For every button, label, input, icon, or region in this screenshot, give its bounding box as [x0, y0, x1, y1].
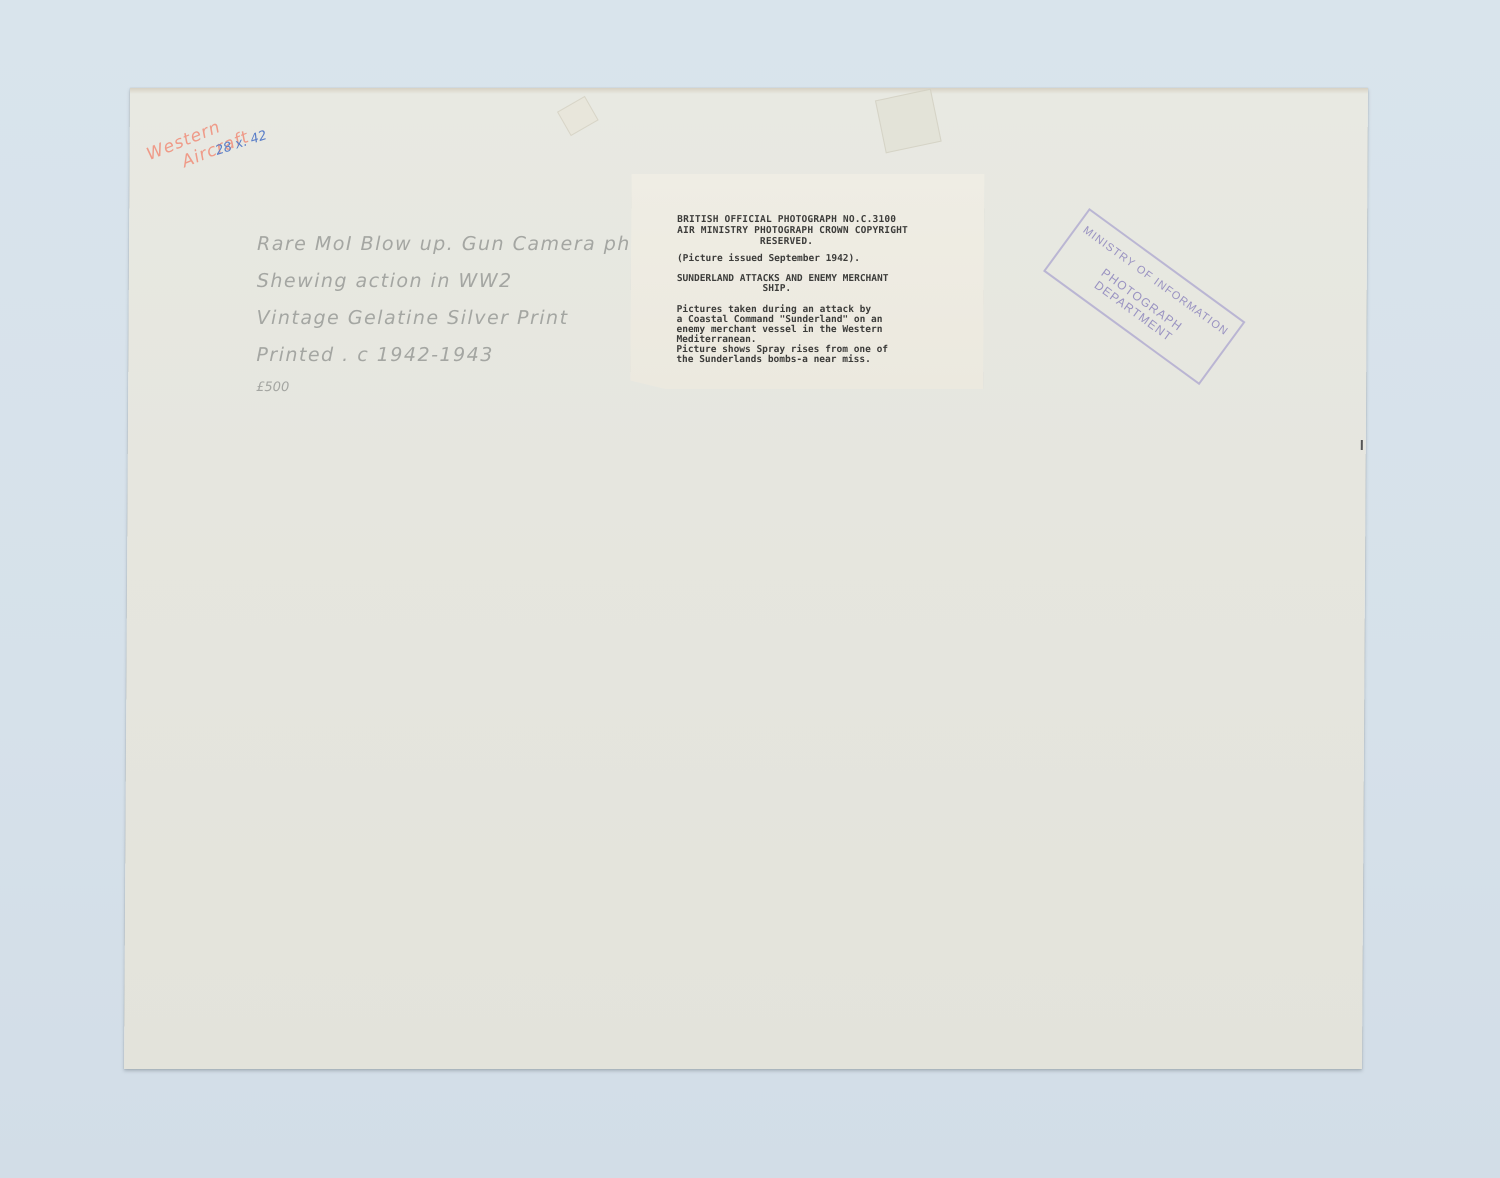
- label-title: SUNDERLAND ATTACKS AND ENEMY MERCHANT SH…: [677, 274, 889, 294]
- typed-caption-label: BRITISH OFFICIAL PHOTOGRAPH NO.C.3100 AI…: [630, 174, 984, 389]
- pencil-notes: Rare MoI Blow up. Gun Camera pho Shewing…: [256, 226, 644, 395]
- label-issued-date: (Picture issued September 1942).: [677, 253, 860, 264]
- paper-top-edge: [130, 88, 1368, 94]
- label-body: Pictures taken during an attack by a Coa…: [676, 305, 888, 365]
- edge-mark: [1361, 440, 1363, 450]
- price-note: £500: [256, 380, 643, 395]
- pencil-note-line: Printed . c 1942-1943: [256, 337, 643, 374]
- print-reverse: Western Aircraft 28 x. 42 Rare MoI Blow …: [124, 88, 1368, 1069]
- ministry-stamp: MINISTRY OF INFORMATION PHOTOGRAPH DEPAR…: [1043, 208, 1245, 385]
- pencil-note-line: Vintage Gelatine Silver Print: [256, 300, 643, 337]
- tape-remnant-right: [875, 89, 942, 154]
- pencil-note-line: Rare MoI Blow up. Gun Camera pho: [257, 226, 644, 263]
- pencil-note-line: Shewing action in WW2: [257, 263, 644, 300]
- tape-remnant-left: [557, 96, 599, 136]
- label-header: BRITISH OFFICIAL PHOTOGRAPH NO.C.3100 AI…: [677, 214, 908, 247]
